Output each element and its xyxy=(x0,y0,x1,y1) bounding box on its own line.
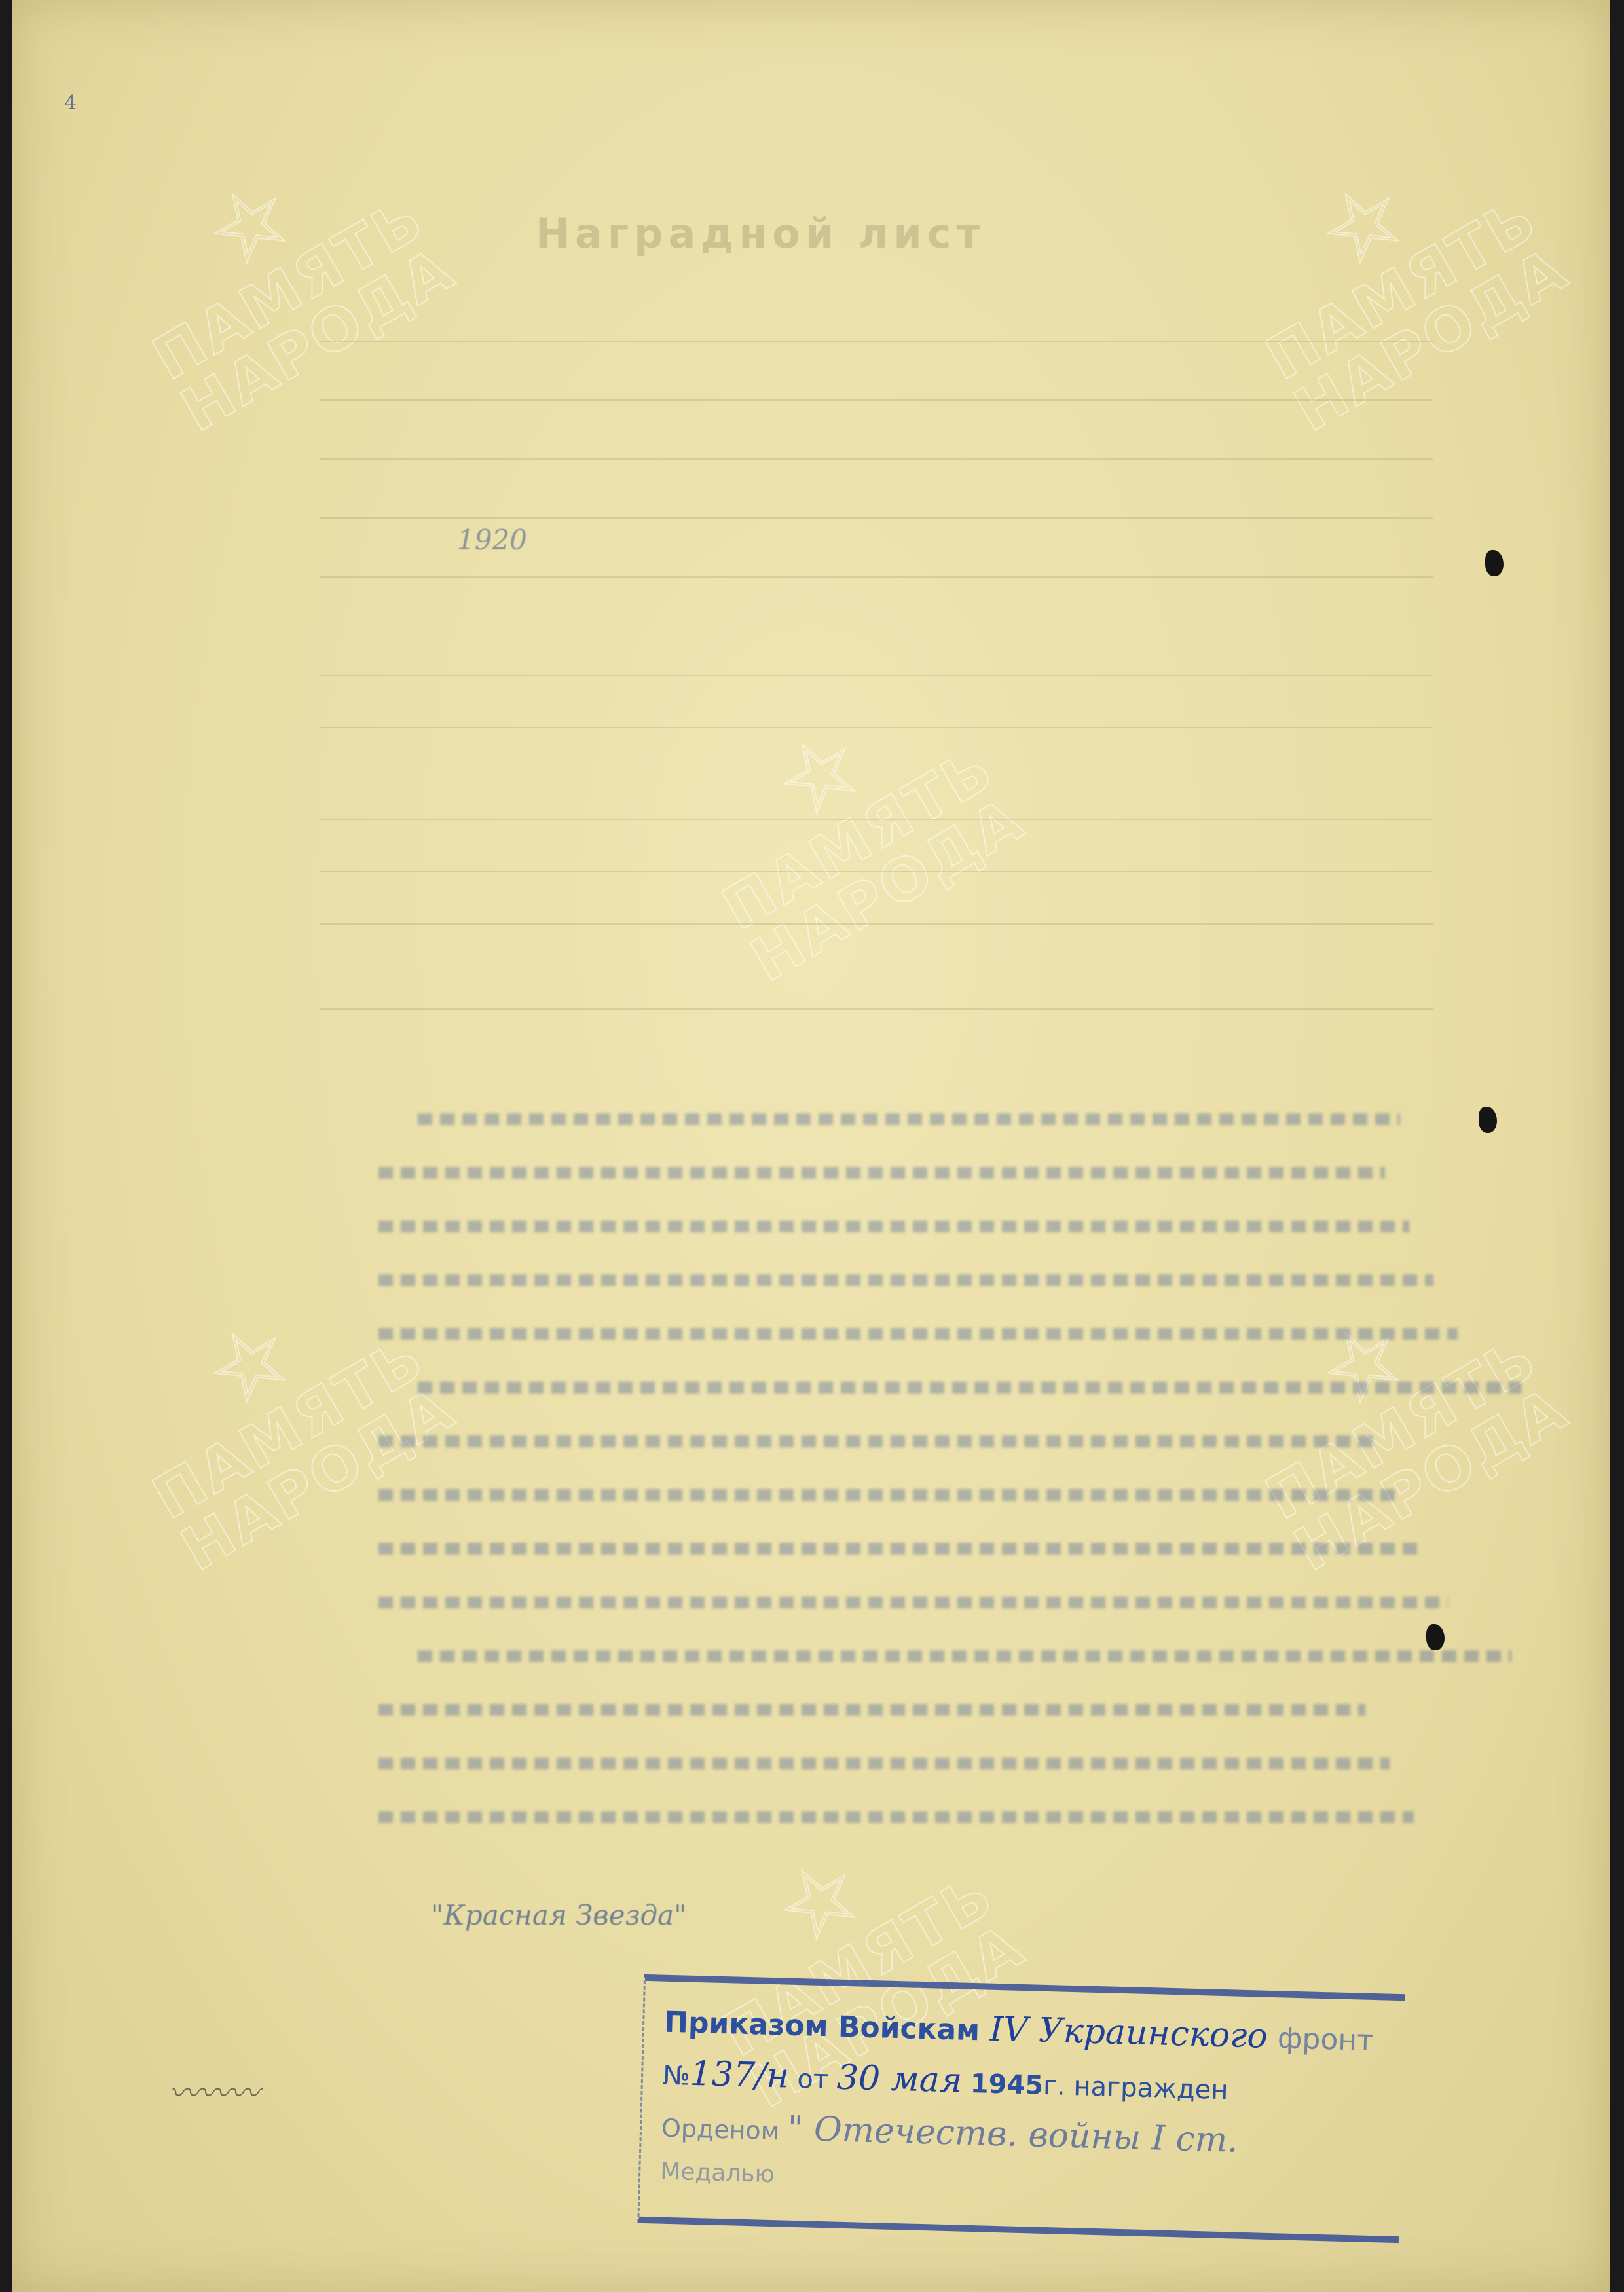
handwritten-line xyxy=(418,1382,1521,1394)
form-line xyxy=(320,923,1433,925)
form-line xyxy=(320,871,1433,872)
handwritten-line xyxy=(378,1704,1365,1716)
form-line xyxy=(320,576,1433,578)
order-date: 30 мая xyxy=(836,2058,963,2101)
punch-hole xyxy=(1485,550,1504,576)
page-marker: 4 xyxy=(64,92,77,115)
handwritten-line xyxy=(378,1597,1448,1608)
form-line xyxy=(320,399,1433,401)
handwritten-line xyxy=(378,1811,1414,1823)
punch-hole xyxy=(1426,1624,1445,1650)
watermark-top-right: ☆ ПАМЯТЬ НАРОДА xyxy=(1211,109,1577,441)
form-line xyxy=(320,727,1433,728)
form-line xyxy=(320,517,1433,519)
form-line xyxy=(320,458,1433,460)
handwritten-line xyxy=(378,1435,1375,1447)
stamp-line-4: Медалью xyxy=(660,2158,775,2189)
watermark-center: ☆ ПАМЯТЬ НАРОДА xyxy=(667,659,1033,991)
award-order-stamp: Приказом Войскам IV Украинского фронт №1… xyxy=(637,1974,1405,2243)
handwritten-line xyxy=(378,1328,1458,1340)
handwritten-line xyxy=(378,1167,1385,1179)
stamp-line-3: Орденом " Отечеств. войны I ст. xyxy=(661,2106,1238,2160)
watermark-mid-right: ☆ ПАМЯТЬ НАРОДА xyxy=(1211,1248,1577,1581)
stamp-line-1: Приказом Войскам IV Украинского фронт xyxy=(664,2001,1375,2059)
handwritten-line xyxy=(378,1274,1433,1286)
punch-hole xyxy=(1479,1107,1497,1133)
watermark-mid-left: ☆ ПАМЯТЬ НАРОДА xyxy=(98,1248,464,1581)
form-line xyxy=(320,1008,1433,1010)
award-name: " Отечеств. войны I ст. xyxy=(787,2109,1239,2160)
handwritten-line xyxy=(378,1543,1424,1555)
award-recommendation-line: "Красная Звезда" xyxy=(431,1899,687,1931)
form-line xyxy=(320,341,1433,342)
handwritten-line xyxy=(378,1489,1399,1501)
handwritten-line xyxy=(418,1650,1511,1662)
watermark-top-left: ☆ ПАМЯТЬ НАРОДА xyxy=(98,109,464,441)
handwritten-line xyxy=(418,1113,1400,1125)
stamp-line-2: №137/н от 30 мая 1945г. награжден xyxy=(662,2054,1228,2108)
birth-year-field: 1920 xyxy=(457,524,527,556)
form-line xyxy=(320,675,1433,676)
signature-left: 〰〰〰 xyxy=(169,2069,259,2113)
order-number: 137/н xyxy=(690,2054,790,2096)
handwritten-line xyxy=(378,1758,1390,1769)
form-line xyxy=(320,819,1433,820)
document-title: Наградной лист xyxy=(536,210,985,257)
award-sheet-page: 4 ☆ ПАМЯТЬ НАРОДА ☆ ПАМЯТЬ НАРОДА ☆ ПАМЯ… xyxy=(12,0,1610,2292)
handwritten-line xyxy=(378,1221,1409,1232)
